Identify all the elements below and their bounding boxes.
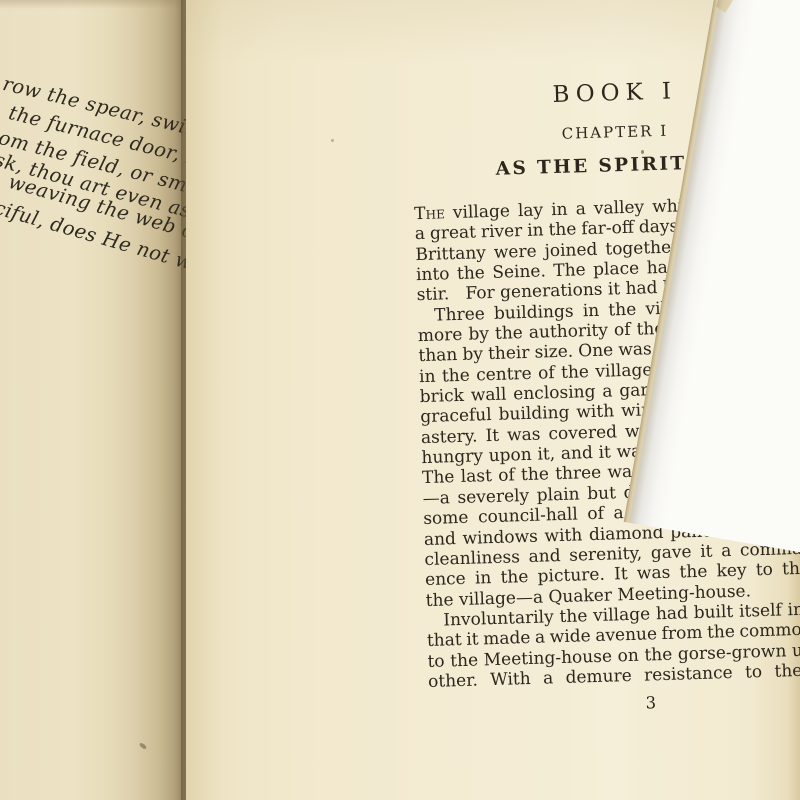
epigraph-text: row the spear, swing the axe, lathe furn… (0, 0, 186, 800)
book-photo: row the spear, swing the axe, lathe furn… (0, 0, 800, 800)
left-page: row the spear, swing the axe, lathe furn… (0, 0, 186, 800)
page-number: 3 (429, 687, 800, 719)
